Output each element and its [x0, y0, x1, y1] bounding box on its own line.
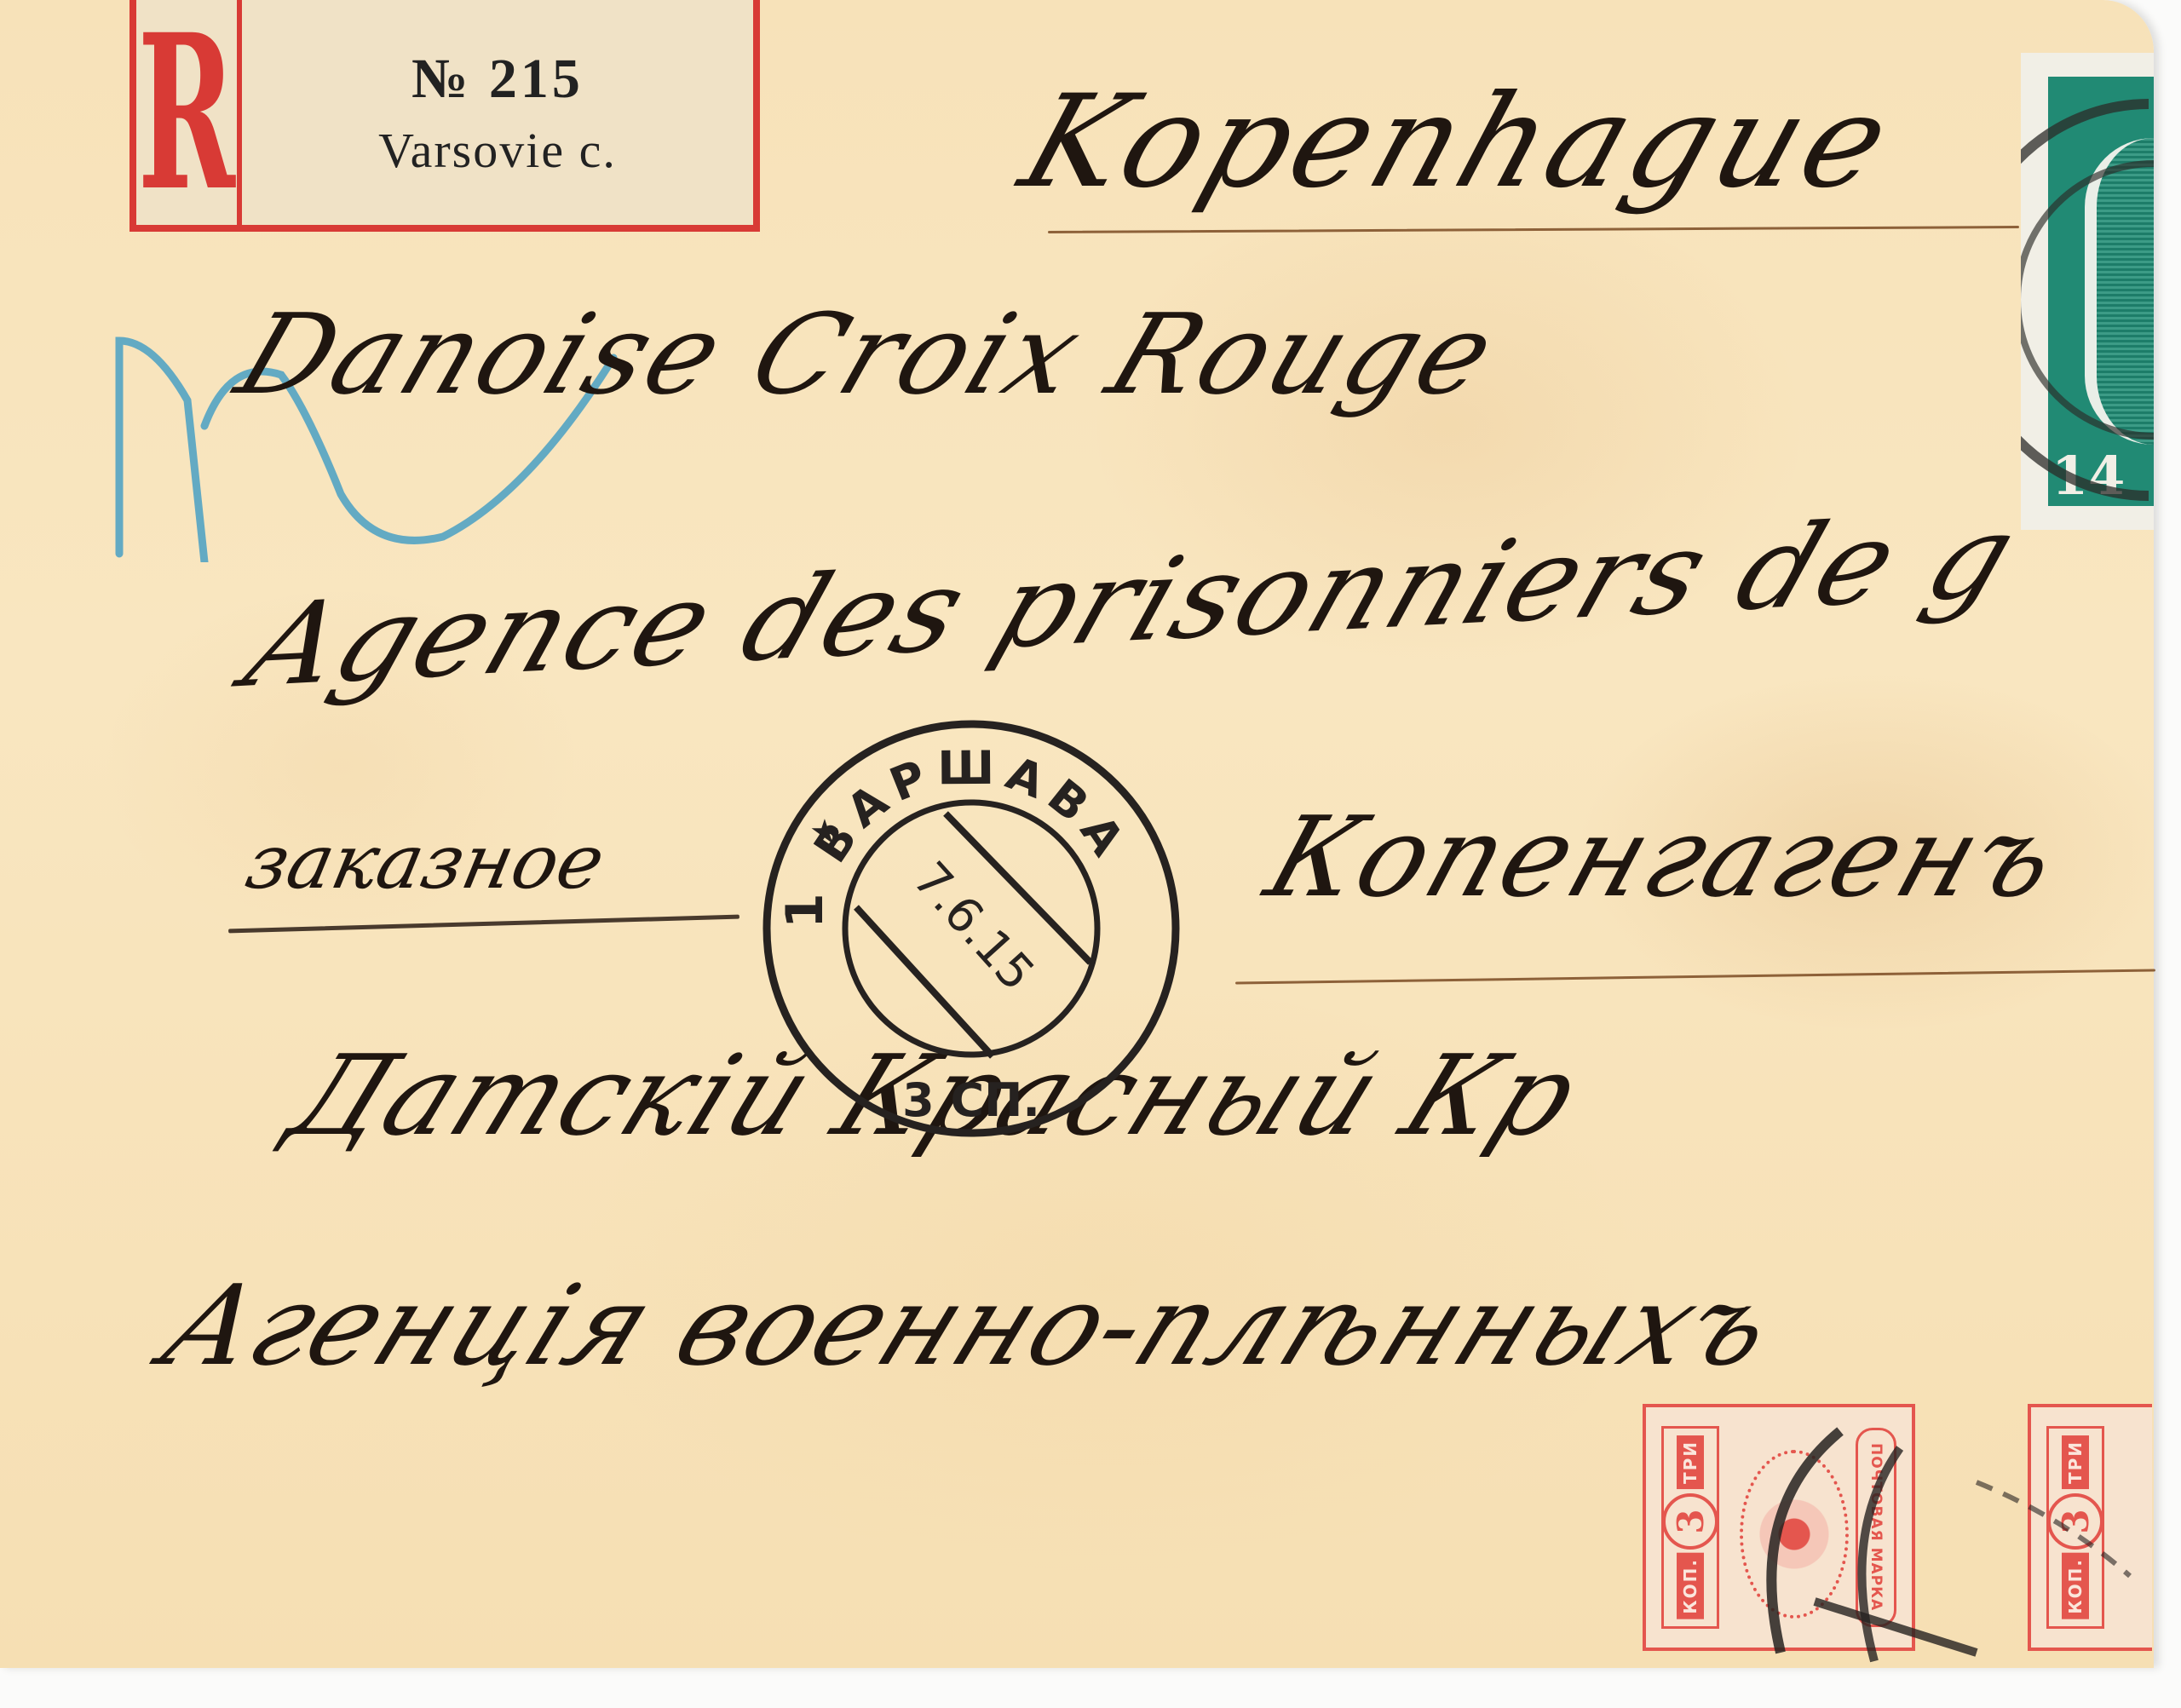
registration-label: R № 215 Varsovie c. [129, 0, 760, 232]
registration-office: Varsovie c. [378, 122, 617, 179]
registered-mark-russian: заказное [239, 818, 612, 906]
postmark-left-mark: 1 [775, 893, 835, 929]
underline-city [1048, 226, 2019, 233]
registration-letter: R [138, 6, 235, 219]
red-stamps-cancellation [1619, 1380, 2181, 1670]
underline-city-russian [1235, 969, 2155, 984]
postmark-star-icon: ★ [809, 813, 840, 852]
address-line-city-french: Kopenhague [1005, 68, 1912, 216]
address-line-organization-french: Danoise Croix Rouge [222, 290, 1515, 419]
registration-letter-box: R [136, 0, 242, 225]
green-postage-stamp: 14 [2021, 53, 2154, 530]
underline-registered [228, 915, 739, 934]
postmark-bottom-text: 3 СП. [902, 1073, 1040, 1127]
registration-text: № 215 Varsovie c. [242, 0, 753, 225]
address-line-agency-russian: Агенція военно-плѣнныхъ [145, 1261, 1794, 1390]
postmark-warsaw: ВАРШАВА 1 3 СП. ★ 7.6.15 [750, 707, 1193, 1150]
address-line-city-russian: Копенгагенъ [1252, 792, 2075, 922]
green-stamp-cancellation [2021, 53, 2154, 530]
envelope: R № 215 Varsovie c. Kopenhague Danoise C… [0, 0, 2154, 1668]
registration-number: № 215 [411, 47, 584, 112]
